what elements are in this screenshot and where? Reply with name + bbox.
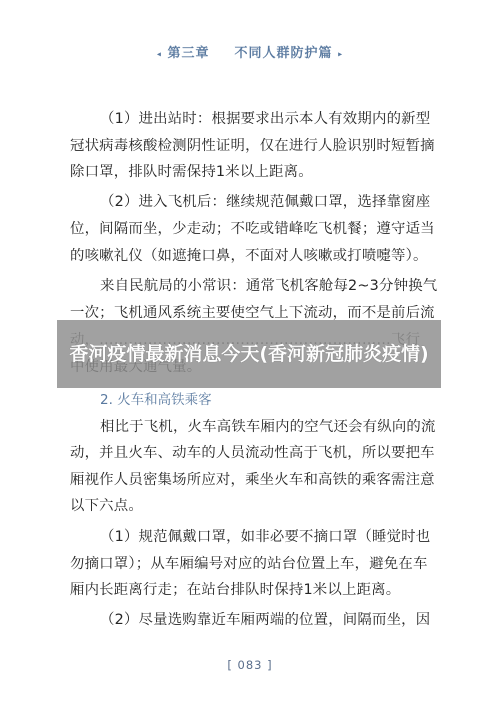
- left-triangle-icon: ◂: [157, 49, 162, 59]
- overlay-title: 香河疫情最新消息今天(香河新冠肺炎疫情): [61, 341, 436, 367]
- paragraph-line: 厢内长距离行走；在站台排队时保持1米以上距离。: [70, 580, 442, 600]
- title-overlay-banner: 香河疫情最新消息今天(香河新冠肺炎疫情): [57, 320, 441, 388]
- paragraph-line: （2）尽量选购靠近车厢两端的位置，间隔而坐，因: [100, 610, 442, 630]
- chapter-title: 不同人群防护篇: [235, 46, 333, 61]
- paragraph-line: 冠状病毒核酸检测阴性证明，仅在进行人脸识别时短暂摘: [70, 136, 442, 156]
- paragraph-line: （2）进入飞机后：继续规范佩戴口罩，选择靠窗座: [100, 192, 442, 212]
- chapter-number: 第三章: [167, 46, 209, 61]
- paragraph-line: 相比于飞机，火车高铁车厢内的空气还会有纵向的流: [100, 417, 442, 437]
- paragraph-line: 的咳嗽礼仪（如遮掩口鼻，不面对人咳嗽或打喷嚏等）。: [70, 246, 442, 266]
- section-heading: 2. 火车和高铁乘客: [100, 391, 212, 409]
- chapter-header: ◂ 第三章 不同人群防护篇 ▸: [0, 42, 500, 61]
- paragraph-line: 动，并且火车、动车的人员流动性高于飞机，所以要把车: [70, 443, 442, 463]
- paragraph-line: （1）规范佩戴口罩，如非必要不摘口罩（睡觉时也: [100, 527, 442, 547]
- paragraph-line: 除口罩，排队时需保持1米以上距离。: [70, 162, 442, 182]
- paragraph-line: 位，间隔而坐，少走动；不吃或错峰吃飞机餐；遵守适当: [70, 219, 442, 239]
- paragraph-line: 来自民航局的小常识：通常飞机客舱每2~3分钟换气: [100, 276, 442, 296]
- document-page: ◂ 第三章 不同人群防护篇 ▸ （1）进出站时：根据要求出示本人有效期内的新型 …: [0, 0, 500, 709]
- page-number: [ 083 ]: [0, 658, 500, 672]
- paragraph-line: （1）进出站时：根据要求出示本人有效期内的新型: [100, 109, 442, 129]
- paragraph-line: 以下六点。: [70, 496, 442, 516]
- right-triangle-icon: ▸: [338, 49, 343, 59]
- paragraph-line: 厢视作人员密集场所应对，乘坐火车和高铁的乘客需注意: [70, 470, 442, 490]
- paragraph-line: 勿摘口罩）；从车厢编号对应的站台位置上车，避免在车: [70, 554, 442, 574]
